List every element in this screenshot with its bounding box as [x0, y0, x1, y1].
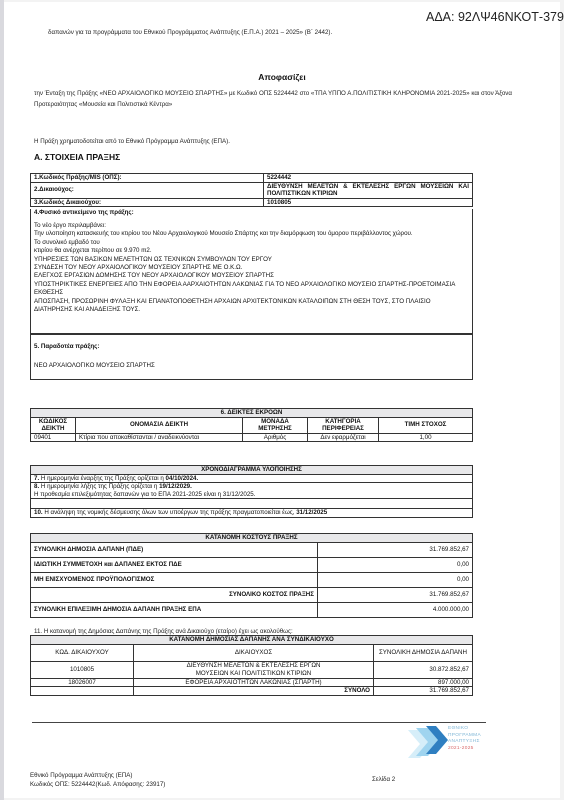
- mis-value: 5224442: [264, 174, 473, 183]
- beneficiary-expense: 30.872.852,67: [374, 661, 473, 678]
- logo-line: ΑΝΑΠΤΥΞΗΣ: [448, 739, 481, 746]
- eligibility-note: Η προθεσμία επιλεξιμότητας δαπανών για τ…: [34, 491, 255, 498]
- col-public-expense: ΣΥΝΟΛΙΚΗ ΔΗΜΟΣΙΑ ΔΑΠΑΝΗ: [374, 644, 473, 661]
- end-date: 19/12/2029.: [159, 483, 192, 490]
- deliverables-value: ΝΕΟ ΑΡΧΑΙΟΛΟΓΙΚΟ ΜΟΥΣΕΙΟ ΣΠΑΡΤΗΣ: [34, 362, 155, 369]
- table-row: 2.Δικαιούχος: ΔΙΕΥΘΥΝΣΗ ΜΕΛΕΤΩΝ & ΕΚΤΕΛΕ…: [31, 182, 473, 198]
- empty-row: [31, 499, 473, 509]
- cost-label: ΜΗ ΕΝΙΣΧΥΟΜΕΝΟΣ ΠΡΟΫΠΟΛΟΓΙΣΜΟΣ: [31, 573, 318, 588]
- line: ΑΠΟΣΠΑΣΗ, ΠΡΟΣΩΡΙΝΗ ΦΥΛΑΞΗ ΚΑΙ ΕΠΑΝΑΤΟΠΟ…: [34, 298, 469, 306]
- schedule-title: ΧΡΟΝΟΔΙΑΓΡΑΜΜΑ ΥΛΟΠΟΙΗΣΗΣ: [31, 466, 473, 475]
- physical-object-box: 4.Φυσικό αντικείμενο της πράξης: Το νέο …: [30, 209, 473, 334]
- beneficiary-name: ΕΦΟΡΕΙΑ ΑΡΧΑΙΟΤΗΤΩΝ ΛΑΚΩΝΙΑΣ (ΣΠΑΡΤΗ): [134, 678, 374, 687]
- cost-value: 31.769.852,67: [318, 588, 473, 603]
- beneficiary-allocation-table: ΚΑΤΑΝΟΜΗ ΔΗΜΟΣΙΑΣ ΔΑΠΑΝΗΣ ΑΝΑ ΣΥΝΔΙΚΑΙΟΥ…: [30, 635, 473, 696]
- indicator-unit: Αριθμός: [243, 433, 308, 442]
- col-beneficiary: ΔΙΚΑΙΟΥΧΟΣ: [134, 644, 374, 661]
- deliverables-box: 5. Παραδοτέα πράξης: ΝΕΟ ΑΡΧΑΙΟΛΟΓΙΚΟ ΜΟ…: [30, 334, 473, 380]
- project-details-table: 1.Κωδικός Πράξης/MIS (ΟΠΣ): 5224442 2.Δι…: [30, 173, 473, 207]
- indicator-name: Κτίρια που αποκαθίστανται / αναδεικνύοντ…: [76, 433, 243, 442]
- table-row: ΙΔΙΩΤΙΚΗ ΣΥΜΜΕΤΟΧΗ και ΔΑΠΑΝΕΣ ΕΚΤΟΣ ΠΔΕ…: [31, 558, 473, 573]
- logo-line: ΕΘΝΙΚΟ: [448, 726, 481, 733]
- table-row: ΣΥΝΟΛΟ 31.769.852,67: [31, 687, 473, 696]
- line: ΣΥΝΔΕΣΗ ΤΟΥ ΝΕΟΥ ΑΡΧΑΙΟΛΟΓΙΚΟΥ ΜΟΥΣΕΙΟΥ …: [34, 264, 469, 272]
- cost-value: 0,00: [318, 573, 473, 588]
- output-indicators-table: 6. ΔΕΙΚΤΕΣ ΕΚΡΟΩΝ ΚΩΔΙΚΟΣ ΔΕΙΚΤΗ ΟΝΟΜΑΣΙ…: [30, 408, 473, 442]
- line: ΕΚΘΕΣΗΣ: [34, 289, 469, 297]
- table-row: ΣΥΝΟΛΙΚΗ ΔΗΜΟΣΙΑ ΔΑΠΑΝΗ (ΠΔΕ)31.769.852,…: [31, 543, 473, 558]
- col-unit: ΜΟΝΑΔΑ ΜΕΤΡΗΣΗΣ: [243, 417, 308, 433]
- beneficiary-code: 1010805: [31, 661, 134, 678]
- beneficiary-label: 2.Δικαιούχος:: [31, 182, 264, 198]
- section-a-title: Α. ΣΤΟΙΧΕΙΑ ΠΡΑΞΗΣ: [34, 152, 120, 162]
- table-row: ΣΥΝΟΛΙΚΗ ΕΠΙΛΕΞΙΜΗ ΔΗΜΟΣΙΑ ΔΑΠΑΝΗ ΠΡΑΞΗΣ…: [31, 603, 473, 618]
- cost-value: 4.000.000,00: [318, 603, 473, 618]
- table-row: 09401 Κτίρια που αποκαθίστανται / αναδει…: [31, 433, 473, 442]
- start-date-row: 7. Η ημερομηνία έναρξης της Πράξης ορίζε…: [31, 474, 473, 483]
- col-region: ΚΑΤΗΓΟΡΙΑ ΠΕΡΙΦΕΡΕΙΑΣ: [308, 417, 379, 433]
- table-row: 7. Η ημερομηνία έναρξης της Πράξης ορίζε…: [31, 474, 473, 483]
- cost-value: 31.769.852,67: [318, 543, 473, 558]
- item-number: 10.: [34, 509, 43, 516]
- physical-object-text: Το νέο έργο περιλαμβάνει: Την υλοποίηση …: [31, 216, 472, 314]
- line: Το νέο έργο περιλαμβάνει:: [34, 222, 469, 230]
- logo-year: 2021-2025: [448, 746, 481, 753]
- cost-label: ΙΔΙΩΤΙΚΗ ΣΥΜΜΕΤΟΧΗ και ΔΑΠΑΝΕΣ ΕΚΤΟΣ ΠΔΕ: [31, 558, 318, 573]
- table-row: ΜΗ ΕΝΙΣΧΥΟΜΕΝΟΣ ΠΡΟΫΠΟΛΟΓΙΣΜΟΣ0,00: [31, 573, 473, 588]
- beneficiary-code-label: 3.Κωδικός Δικαιούχου:: [31, 198, 264, 207]
- cost-allocation-table: ΚΑΤΑΝΟΜΗ ΚΟΣΤΟΥΣ ΠΡΑΞΗΣ ΣΥΝΟΛΙΚΗ ΔΗΜΟΣΙΑ…: [30, 533, 473, 618]
- deliverables-label: 5. Παραδοτέα πράξης:: [34, 343, 99, 350]
- indicator-target: 1,00: [379, 433, 473, 442]
- table-row: 18026007 ΕΦΟΡΕΙΑ ΑΡΧΑΙΟΤΗΤΩΝ ΛΑΚΩΝΙΑΣ (Σ…: [31, 678, 473, 687]
- col-name: ΟΝΟΜΑΣΙΑ ΔΕΙΚΤΗ: [76, 417, 243, 433]
- beneficiary-table-title: ΚΑΤΑΝΟΜΗ ΔΗΜΟΣΙΑΣ ΔΑΠΑΝΗΣ ΑΝΑ ΣΥΝΔΙΚΑΙΟΥ…: [31, 636, 473, 645]
- footer-left: Εθνικό Πρόγραμμα Ανάπτυξης (ΕΠΑ) Κωδικός…: [30, 771, 165, 789]
- total-value: 31.769.852,67: [374, 687, 473, 696]
- table-row: [31, 499, 473, 509]
- physical-object-label: 4.Φυσικό αντικείμενο της πράξης:: [31, 209, 472, 216]
- table-row: 8. Η ημερομηνία λήξης της Πράξης ορίζετα…: [31, 483, 473, 499]
- end-date-row: 8. Η ημερομηνία λήξης της Πράξης ορίζετα…: [31, 483, 473, 499]
- table-row: ΣΥΝΟΛΙΚΟ ΚΟΣΤΟΣ ΠΡΑΞΗΣ31.769.852,67: [31, 588, 473, 603]
- beneficiary-code: 18026007: [31, 678, 134, 687]
- page-number: Σελίδα 2: [372, 775, 395, 784]
- table-header-row: ΚΩΔ. ΔΙΚΑΙΟΥΧΟΥ ΔΙΚΑΙΟΥΧΟΣ ΣΥΝΟΛΙΚΗ ΔΗΜΟ…: [31, 644, 473, 661]
- beneficiary-code-value: 1010805: [264, 198, 473, 207]
- commitment-row: 10. Η ανάληψη της νομικής δέσμευσης όλων…: [31, 509, 473, 518]
- footer-divider: [32, 722, 486, 723]
- line: κτιρίου θα ανέρχεται περίπου σε 9.970 m2…: [34, 247, 469, 255]
- beneficiary-value: ΔΙΕΥΘΥΝΣΗ ΜΕΛΕΤΩΝ & ΕΚΤΕΛΕΣΗΣ ΕΡΓΩΝ ΜΟΥΣ…: [264, 182, 473, 198]
- beneficiary-expense: 897.000,00: [374, 678, 473, 687]
- schedule-table: ΧΡΟΝΟΔΙΑΓΡΑΜΜΑ ΥΛΟΠΟΙΗΣΗΣ 7. Η ημερομηνί…: [30, 465, 473, 518]
- mis-label: 1.Κωδικός Πράξης/MIS (ΟΠΣ):: [31, 174, 264, 183]
- cost-value: 0,00: [318, 558, 473, 573]
- commitment-text: Η ανάληψη της νομικής δέσμευσης όλων των…: [43, 509, 297, 516]
- start-date: 04/10/2024.: [166, 475, 199, 482]
- line: Την υλοποίηση κατασκευής του κτιρίου του…: [34, 230, 469, 238]
- total-label: ΣΥΝΟΛΟ: [134, 687, 374, 696]
- beneficiary-name: ΔΙΕΥΘΥΝΣΗ ΜΕΛΕΤΩΝ & ΕΚΤΕΛΕΣΗΣ ΕΡΓΩΝ ΜΟΥΣ…: [134, 661, 374, 678]
- cost-title: ΚΑΤΑΝΟΜΗ ΚΟΣΤΟΥΣ ΠΡΑΞΗΣ: [31, 534, 473, 543]
- epa-logo-text: ΕΘΝΙΚΟ ΠΡΟΓΡΑΜΜΑ ΑΝΑΠΤΥΞΗΣ 2021-2025: [448, 726, 481, 752]
- table-row: 10. Η ανάληψη της νομικής δέσμευσης όλων…: [31, 509, 473, 518]
- commitment-date: 31/12/2025: [296, 509, 327, 516]
- indicator-code: 09401: [31, 433, 76, 442]
- table-row: 3.Κωδικός Δικαιούχου: 1010805: [31, 198, 473, 207]
- cost-label: ΣΥΝΟΛΙΚΟ ΚΟΣΤΟΣ ΠΡΑΞΗΣ: [31, 588, 318, 603]
- footer-program: Εθνικό Πρόγραμμα Ανάπτυξης (ΕΠΑ): [30, 771, 165, 780]
- table-row: 1010805 ΔΙΕΥΘΥΝΣΗ ΜΕΛΕΤΩΝ & ΕΚΤΕΛΕΣΗΣ ΕΡ…: [31, 661, 473, 678]
- cost-label: ΣΥΝΟΛΙΚΗ ΕΠΙΛΕΞΙΜΗ ΔΗΜΟΣΙΑ ΔΑΠΑΝΗ ΠΡΑΞΗΣ…: [31, 603, 318, 618]
- table-row: 1.Κωδικός Πράξης/MIS (ΟΠΣ): 5224442: [31, 174, 473, 183]
- col-target: ΤΙΜΗ ΣΤΟΧΟΣ: [379, 417, 473, 433]
- decision-title: Αποφασίζει: [0, 72, 564, 82]
- line: ΥΠΟΣΤΗΡΙΚΤΙΚΕΣ ΕΝΕΡΓΕΙΕΣ ΑΠΟ ΤΗΝ ΕΦΟΡΕΙΑ…: [34, 281, 469, 289]
- footer-code: Κωδικός ΟΠΣ: 5224442(Κωδ. Απόφασης: 2391…: [30, 780, 165, 789]
- end-date-text: Η ημερομηνία λήξης της Πράξης ορίζεται η: [39, 483, 159, 490]
- start-date-text: Η ημερομηνία έναρξης της Πράξης ορίζεται…: [39, 475, 165, 482]
- intro-line: δαπανών για τα προγράμματα του Εθνικού Π…: [48, 28, 332, 37]
- cost-label: ΣΥΝΟΛΙΚΗ ΔΗΜΟΣΙΑ ΔΑΠΑΝΗ (ΠΔΕ): [31, 543, 318, 558]
- col-code: ΚΩΔΙΚΟΣ ΔΕΙΚΤΗ: [31, 417, 76, 433]
- funding-note: Η Πράξη χρηματοδοτείται από το Εθνικό Πρ…: [34, 137, 230, 146]
- line: ΔΙΑΤΗΡΗΣΗΣ ΚΑΙ ΑΝΑΔΕΙΞΗΣ ΤΟΥΣ.: [34, 306, 469, 314]
- indicators-title: 6. ΔΕΙΚΤΕΣ ΕΚΡΟΩΝ: [31, 409, 473, 418]
- line: ΕΛΕΓΧΟΣ ΕΡΓΑΣΙΩΝ ΔΟΜΗΣΗΣ ΤΟΥ ΝΕΟΥ ΑΡΧΑΙΟ…: [34, 272, 469, 280]
- table-header-row: ΚΩΔΙΚΟΣ ΔΕΙΚΤΗ ΟΝΟΜΑΣΙΑ ΔΕΙΚΤΗ ΜΟΝΑΔΑ ΜΕ…: [31, 417, 473, 433]
- empty-cell: [31, 687, 134, 696]
- col-beneficiary-code: ΚΩΔ. ΔΙΚΑΙΟΥΧΟΥ: [31, 644, 134, 661]
- ada-code: ΑΔΑ: 92ΛΨ46ΝΚΟΤ-379: [426, 10, 564, 24]
- indicator-region: Δεν εφαρμόζεται: [308, 433, 379, 442]
- line: Το συνολικό εμβαδό του: [34, 239, 469, 247]
- line: ΥΠΗΡΕΣΙΕΣ ΤΩΝ ΒΑΣΙΚΩΝ ΜΕΛΕΤΗΤΩΝ ΩΣ ΤΕΧΝΙ…: [34, 256, 469, 264]
- decision-paragraph: την Ένταξη της Πράξης «ΝΕΟ ΑΡΧΑΙΟΛΟΓΙΚΟ …: [34, 88, 514, 110]
